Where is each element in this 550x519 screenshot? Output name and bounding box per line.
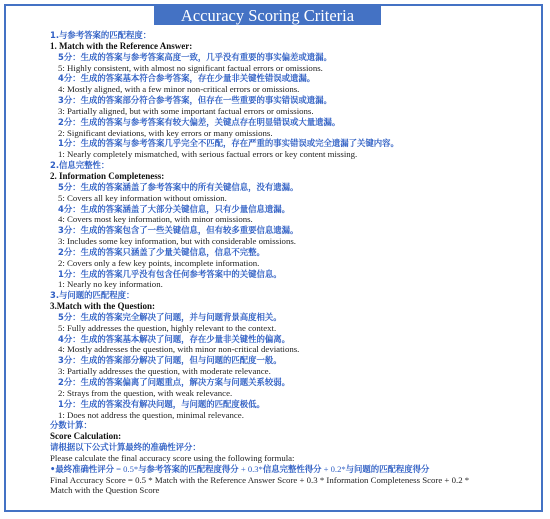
section-2-item-1-en: 1: Nearly no key information. <box>50 279 540 290</box>
section-2-item-2-en: 2: Covers only a few key points, incompl… <box>50 258 540 269</box>
formula-cn-term-1: 与参考答案的匹配程度得分 <box>138 464 239 474</box>
section-2-item-5-en: 5: Covers all key information without om… <box>50 193 540 204</box>
score-calc-heading-en: Score Calculation: <box>50 431 540 442</box>
score-calc-instruction-cn: 请根据以下公式计算最终的准确性评分： <box>50 442 540 453</box>
panel-title: Accuracy Scoring Criteria <box>154 6 381 25</box>
section-3-item-2-cn: 2分：生成的答案偏离了问题重点，解决方案与问题关系较弱。 <box>50 377 540 388</box>
section-1-item-3-cn: 3分：生成的答案部分符合参考答案，但存在一些重要的事实错误或遗漏。 <box>50 95 540 106</box>
section-1-item-4-en: 4: Mostly aligned, with a few minor non-… <box>50 84 540 95</box>
formula-cn-weight-2: + 0.3* <box>239 464 263 474</box>
section-3-item-3-cn: 3分：生成的答案部分解决了问题，但与问题的匹配度一般。 <box>50 355 540 366</box>
section-3-item-1-cn: 1分：生成的答案没有解决问题，与问题的匹配度极低。 <box>50 399 540 410</box>
criteria-panel: Accuracy Scoring Criteria 1.与参考答案的匹配程度： … <box>4 4 543 512</box>
section-1-item-1-cn: 1分：生成的答案与参考答案几乎完全不匹配，存在严重的事实错误或完全遗漏了关键内容… <box>50 138 540 149</box>
section-3-item-4-cn: 4分：生成的答案基本解决了问题，存在少量非关键性的偏离。 <box>50 334 540 345</box>
section-3-item-1-en: 1: Does not address the question, minima… <box>50 410 540 421</box>
section-2-item-3-cn: 3分：生成的答案包含了一些关键信息，但有较多重要信息遗漏。 <box>50 225 540 236</box>
section-2-item-5-cn: 5分：生成的答案涵盖了参考答案中的所有关键信息，没有遗漏。 <box>50 182 540 193</box>
section-3-item-2-en: 2: Strays from the question, with weak r… <box>50 388 540 399</box>
section-3-item-5-cn: 5分：生成的答案完全解决了问题，并与问题背景高度相关。 <box>50 312 540 323</box>
section-3-item-4-en: 4: Mostly addresses the question, with m… <box>50 344 540 355</box>
formula-cn-term-3: 与问题的匹配程度得分 <box>346 464 430 474</box>
score-calc-instruction-en: Please calculate the final accuracy scor… <box>50 453 540 464</box>
section-1-item-2-en: 2: Significant deviations, with key erro… <box>50 128 540 139</box>
section-2-heading-en: 2. Information Completeness: <box>50 171 540 182</box>
section-1-item-4-cn: 4分：生成的答案基本符合参考答案，存在少量非关键性错误或遗漏。 <box>50 73 540 84</box>
section-3-item-5-en: 5: Fully addresses the question, highly … <box>50 323 540 334</box>
section-2-heading-cn: 2.信息完整性： <box>50 160 540 171</box>
formula-cn-final: •最终准确性评分 <box>50 464 114 474</box>
section-3-heading-cn: 3.与问题的匹配程度： <box>50 290 540 301</box>
section-3-item-3-en: 3: Partially addresses the question, wit… <box>50 366 540 377</box>
formula-cn-weight-3: + 0.2* <box>321 464 345 474</box>
section-1-item-2-cn: 2分：生成的答案与参考答案有较大偏差，关键点存在明显错误或大量遗漏。 <box>50 117 540 128</box>
section-3-heading-en: 3.Match with the Question: <box>50 301 540 312</box>
formula-cn: •最终准确性评分 = 0.5*与参考答案的匹配程度得分 + 0.3*信息完整性得… <box>50 464 540 475</box>
section-1-item-5-cn: 5分：生成的答案与参考答案高度一致，几乎没有重要的事实偏差或遗漏。 <box>50 52 540 63</box>
section-1-heading-cn: 1.与参考答案的匹配程度： <box>50 30 540 41</box>
score-calc-heading-cn: 分数计算： <box>50 420 540 431</box>
formula-cn-weight-1: = 0.5* <box>114 464 138 474</box>
section-2-item-3-en: 3: Includes some key information, but wi… <box>50 236 540 247</box>
formula-en-line-1: Final Accuracy Score = 0.5 * Match with … <box>50 475 540 486</box>
section-2-item-4-cn: 4分：生成的答案涵盖了大部分关键信息，只有少量信息遗漏。 <box>50 204 540 215</box>
section-1-heading-en: 1. Match with the Reference Answer: <box>50 41 540 52</box>
section-1-item-3-en: 3: Partially aligned, but with some impo… <box>50 106 540 117</box>
section-1-item-5-en: 5: Highly consistent, with almost no sig… <box>50 63 540 74</box>
criteria-content: 1.与参考答案的匹配程度： 1. Match with the Referenc… <box>50 30 540 496</box>
formula-cn-term-2: 信息完整性得分 <box>263 464 322 474</box>
section-1-item-1-en: 1: Nearly completely mismatched, with se… <box>50 149 540 160</box>
section-2-item-1-cn: 1分：生成的答案几乎没有包含任何参考答案中的关键信息。 <box>50 269 540 280</box>
formula-en-line-2: Match with the Question Score <box>50 485 540 496</box>
section-2-item-2-cn: 2分：生成的答案只涵盖了少量关键信息，信息不完整。 <box>50 247 540 258</box>
section-2-item-4-en: 4: Covers most key information, with min… <box>50 214 540 225</box>
